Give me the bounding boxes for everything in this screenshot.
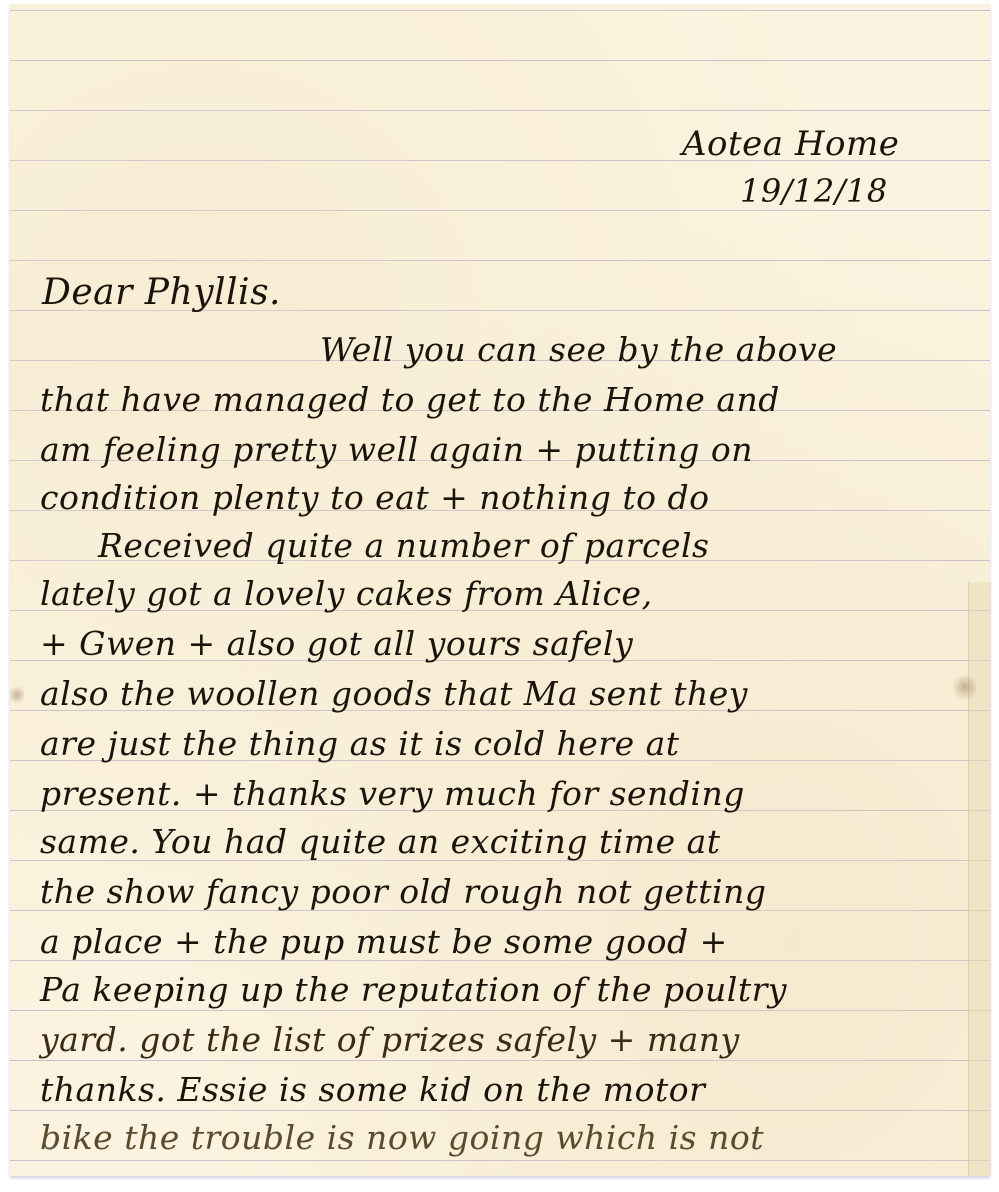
ink-stain — [953, 672, 977, 702]
salutation: Dear Phyllis. — [42, 272, 281, 313]
body-line: am feeling pretty well again + putting o… — [40, 430, 753, 469]
body-line: Well you can see by the above — [320, 330, 837, 369]
body-line: yard. got the list of prizes safely + ma… — [40, 1020, 740, 1059]
body-line: a place + the pup must be some good + — [40, 922, 728, 961]
body-line: that have managed to get to the Home and — [40, 380, 780, 419]
body-line: the show fancy poor old rough not gettin… — [40, 872, 767, 911]
body-line: Pa keeping up the reputation of the poul… — [40, 970, 787, 1009]
body-line: present. + thanks very much for sending — [40, 774, 745, 813]
body-line: also the woollen goods that Ma sent they — [40, 674, 748, 713]
letter-page: Aotea Home 19/12/18 Dear Phyllis. Well y… — [10, 4, 990, 1176]
body-line: lately got a lovely cakes from Alice, — [40, 574, 653, 613]
letter-date: 19/12/18 — [740, 172, 888, 210]
body-line: Received quite a number of parcels — [98, 526, 709, 565]
body-line: + Gwen + also got all yours safely — [40, 624, 633, 663]
body-line: bike the trouble is now going which is n… — [40, 1118, 764, 1157]
sender-address: Aotea Home — [682, 124, 899, 164]
body-line: are just the thing as it is cold here at — [40, 724, 680, 763]
body-line: condition plenty to eat + nothing to do — [40, 478, 709, 517]
ink-stain — [10, 684, 24, 706]
page-fold-edge — [968, 582, 991, 1176]
body-line: thanks. Essie is some kid on the motor — [40, 1070, 705, 1109]
body-line: same. You had quite an exciting time at — [40, 822, 721, 861]
